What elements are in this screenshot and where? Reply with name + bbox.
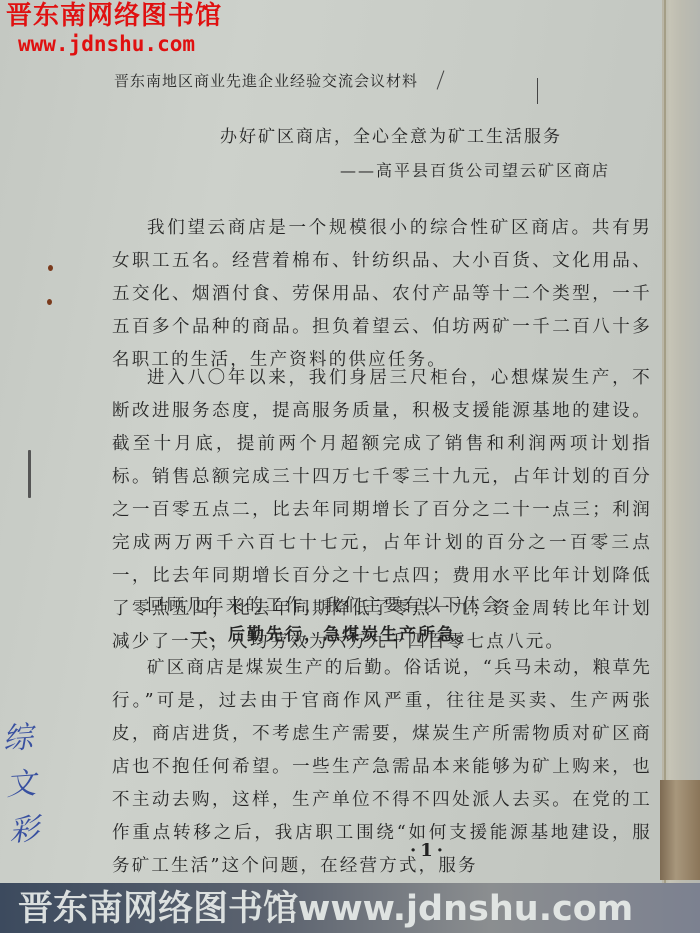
table-surface [660,780,700,880]
conference-header: 晋东南地区商业先進企业经验交流会议材料 [114,70,418,91]
paragraph-reflection: 回顾几年来的工作，我们主要有以下体会： [112,590,652,623]
binding-hole [47,299,52,305]
document-title: 办好矿区商店，全心全意为矿工生活服务 [220,122,562,147]
paragraph-logistics: 矿区商店是煤炭生产的后勤。俗话说，“兵马未动，粮草先行。”可是，过去由于官商作风… [112,652,652,883]
document-byline: ——高平县百货公司望云矿区商店 [340,158,610,181]
paragraph-intro: 我们望云商店是一个规模很小的综合性矿区商店。共有男女职工五名。经营着棉布、针纺织… [112,212,652,377]
pencil-mark [537,78,538,104]
watermark-bottom: 晋东南网络图书馆www.jdnshu.com [18,888,633,930]
staple [28,450,31,498]
watermark-url: www.jdnshu.com [6,32,222,56]
section-heading: 一、后勤先行，急煤炭生产所急。 [190,620,475,645]
watermark-title: 晋东南网络图书馆 [6,0,222,32]
page-number: ·1· [410,840,447,861]
binding-hole [48,265,53,271]
watermark-top: 晋东南网络图书馆 www.jdnshu.com [6,0,222,56]
